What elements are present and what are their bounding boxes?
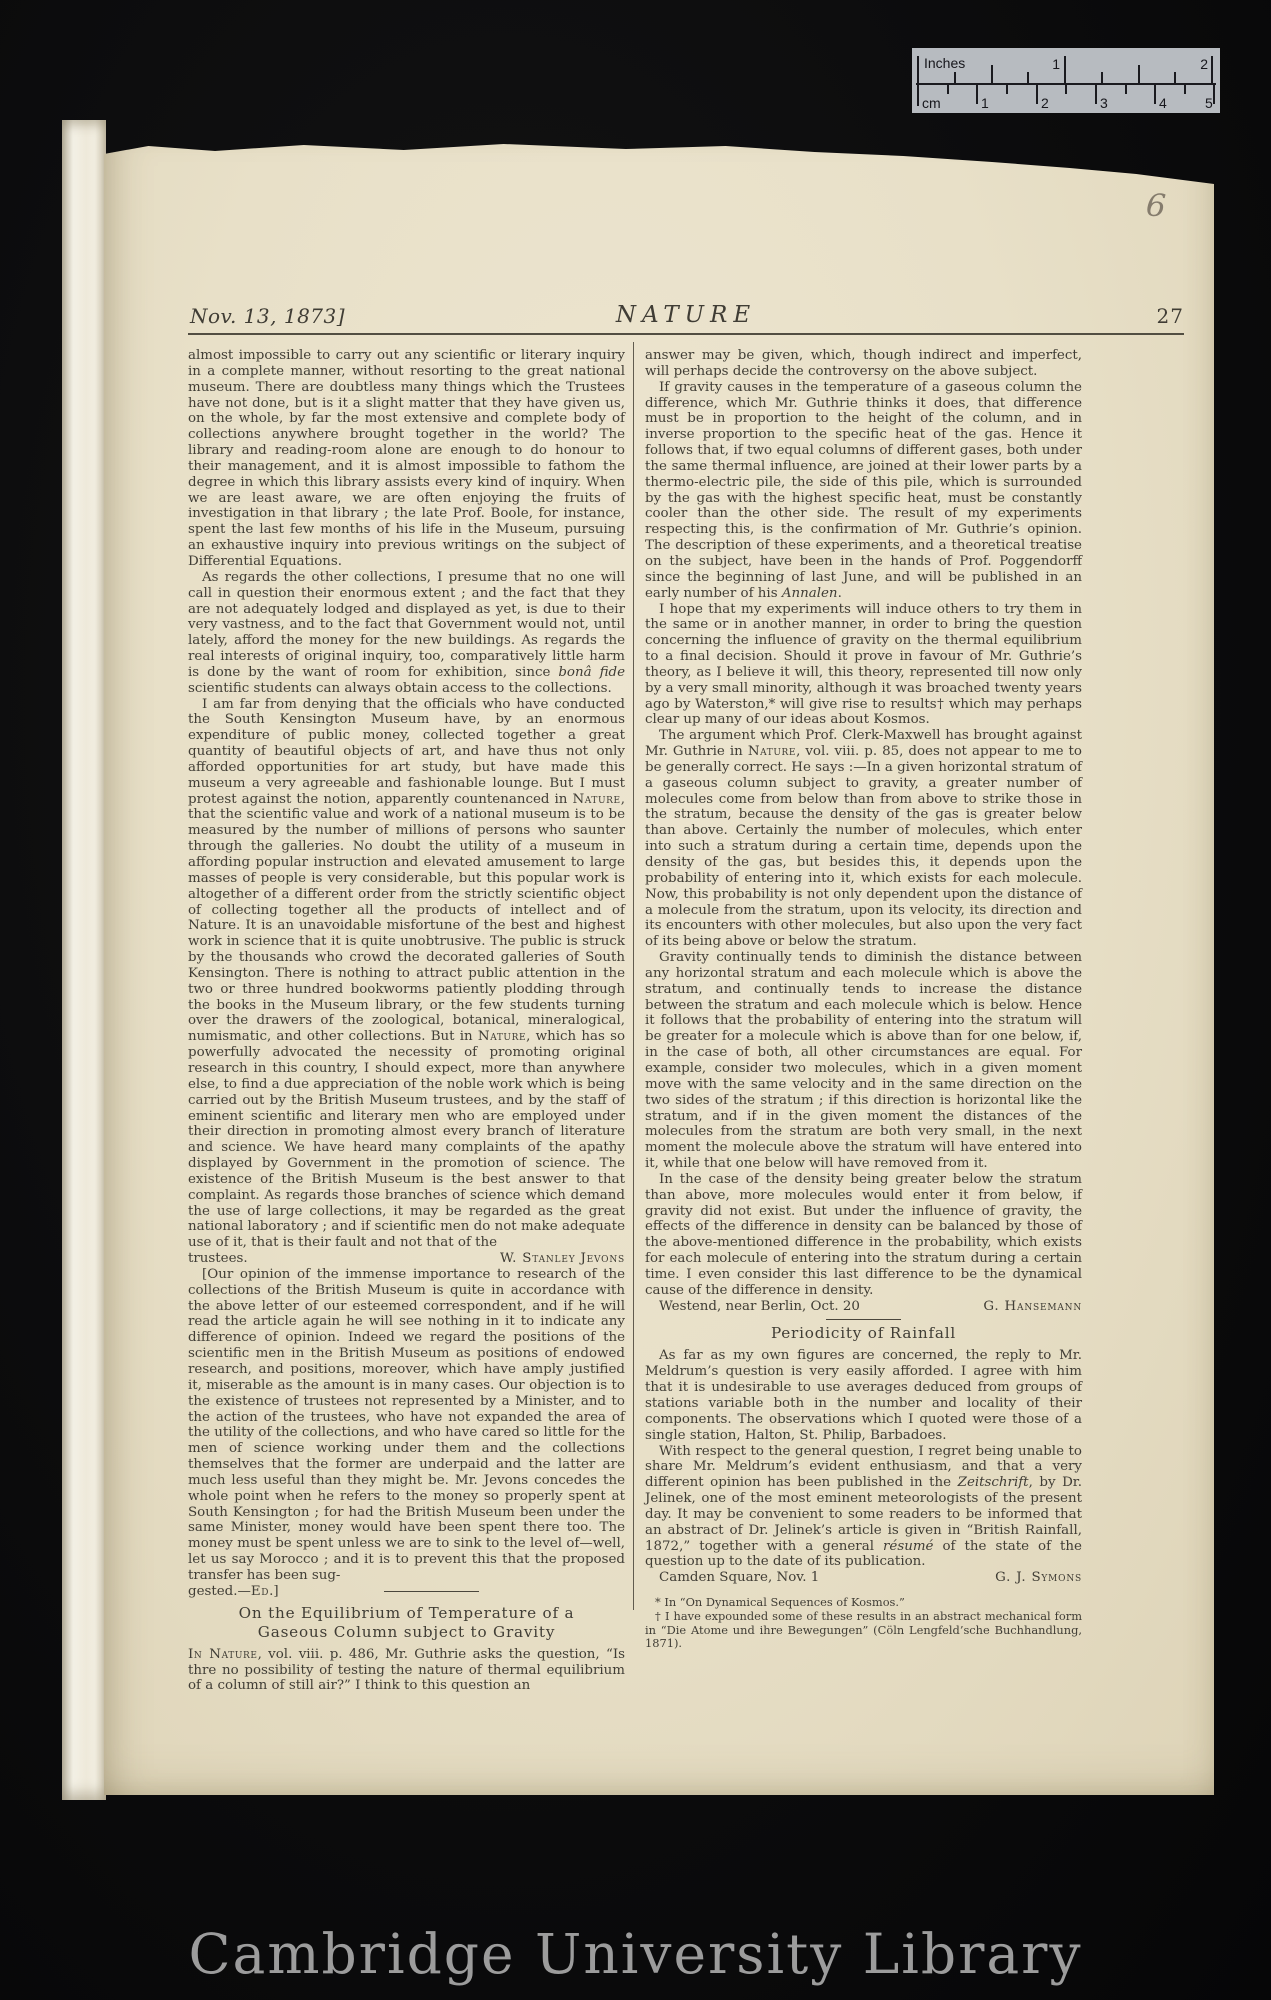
- paragraph: In Nature, vol. viii. p. 486, Mr. Guthri…: [188, 1647, 625, 1695]
- ruler-cm-1: 1: [981, 95, 989, 111]
- footnote: † I have expounded some of these results…: [645, 1610, 1082, 1651]
- editorial-end-text: gested.—Ed.]: [188, 1584, 279, 1600]
- book-page-edges: [62, 120, 106, 1800]
- ruler-cm-label: cm: [922, 95, 941, 111]
- signature-place-date: Westend, near Berlin, Oct. 20: [645, 1299, 860, 1315]
- section-heading: Periodicity of Rainfall: [662, 1324, 1064, 1343]
- author-signature: G. J. Symons: [995, 1570, 1082, 1586]
- signature-line: Camden Square, Nov. 1 G. J. Symons: [645, 1570, 1082, 1586]
- signature-line: trustees. W. Stanley Jevons: [188, 1251, 625, 1267]
- section-divider-dash: [384, 1591, 479, 1592]
- footnote: * In “On Dynamical Sequences of Kosmos.”: [645, 1596, 1082, 1610]
- scan-photo: { "scan": { "library_watermark": "Cambri…: [0, 0, 1271, 2000]
- library-watermark: Cambridge University Library: [0, 1922, 1271, 1986]
- signature-line: Westend, near Berlin, Oct. 20 G. Hansema…: [645, 1299, 1082, 1315]
- paragraph: In the case of the density being greater…: [645, 1172, 1082, 1299]
- footnotes: * In “On Dynamical Sequences of Kosmos.”…: [645, 1596, 1082, 1651]
- column-divider: [633, 342, 634, 1610]
- header-rule: [188, 333, 1184, 335]
- paragraph: As regards the other collections, I pres…: [188, 570, 625, 697]
- handwritten-page-mark: 6: [1145, 187, 1167, 224]
- measurement-ruler: Inches 1 2 cm 1 2 3 4 5: [912, 48, 1220, 113]
- journal-page: 6 Nov. 13, 1873] NATURE 27 almost imposs…: [104, 140, 1214, 1795]
- ruler-inch-2: 2: [1200, 56, 1208, 72]
- journal-title: NATURE: [188, 302, 1184, 328]
- running-head: Nov. 13, 1873] NATURE 27: [188, 294, 1184, 328]
- paragraph: If gravity causes in the temperature of …: [645, 380, 1082, 602]
- signature-left-text: trustees.: [188, 1251, 248, 1267]
- ruler-inch-1: 1: [1052, 56, 1060, 72]
- ruler-cm-4: 4: [1159, 95, 1167, 111]
- ruler-cm-5: 5: [1205, 95, 1213, 111]
- left-column: almost impossible to carry out any scien…: [188, 348, 625, 1694]
- author-signature: W. Stanley Jevons: [500, 1251, 625, 1267]
- ruler-inches-label: Inches: [924, 55, 965, 71]
- section-heading: On the Equilibrium of Temperature of a G…: [205, 1604, 607, 1642]
- ruler-cm-3: 3: [1100, 95, 1108, 111]
- ruler-cm-2: 2: [1041, 95, 1049, 111]
- page-number: 27: [1157, 304, 1184, 328]
- author-signature: G. Hansemann: [983, 1299, 1082, 1315]
- editorial-note: [Our opinion of the immense importance t…: [188, 1267, 625, 1584]
- paragraph: As far as my own figures are concerned, …: [645, 1348, 1082, 1443]
- paragraph: With respect to the general question, I …: [645, 1444, 1082, 1571]
- paragraph: Gravity continually tends to diminish th…: [645, 950, 1082, 1172]
- editorial-note-end: gested.—Ed.]: [188, 1584, 625, 1600]
- right-column: answer may be given, which, though indir…: [645, 348, 1082, 1651]
- paragraph: I hope that my experiments will induce o…: [645, 602, 1082, 729]
- paragraph: almost impossible to carry out any scien…: [188, 348, 625, 570]
- paragraph: I am far from denying that the officials…: [188, 697, 625, 1252]
- paragraph: answer may be given, which, though indir…: [645, 348, 1082, 380]
- ruler-graphic: Inches 1 2 cm 1 2 3 4 5: [912, 48, 1220, 113]
- paragraph: The argument which Prof. Clerk-Maxwell h…: [645, 728, 1082, 950]
- signature-place-date: Camden Square, Nov. 1: [645, 1570, 819, 1586]
- section-divider-dash: [826, 1319, 901, 1320]
